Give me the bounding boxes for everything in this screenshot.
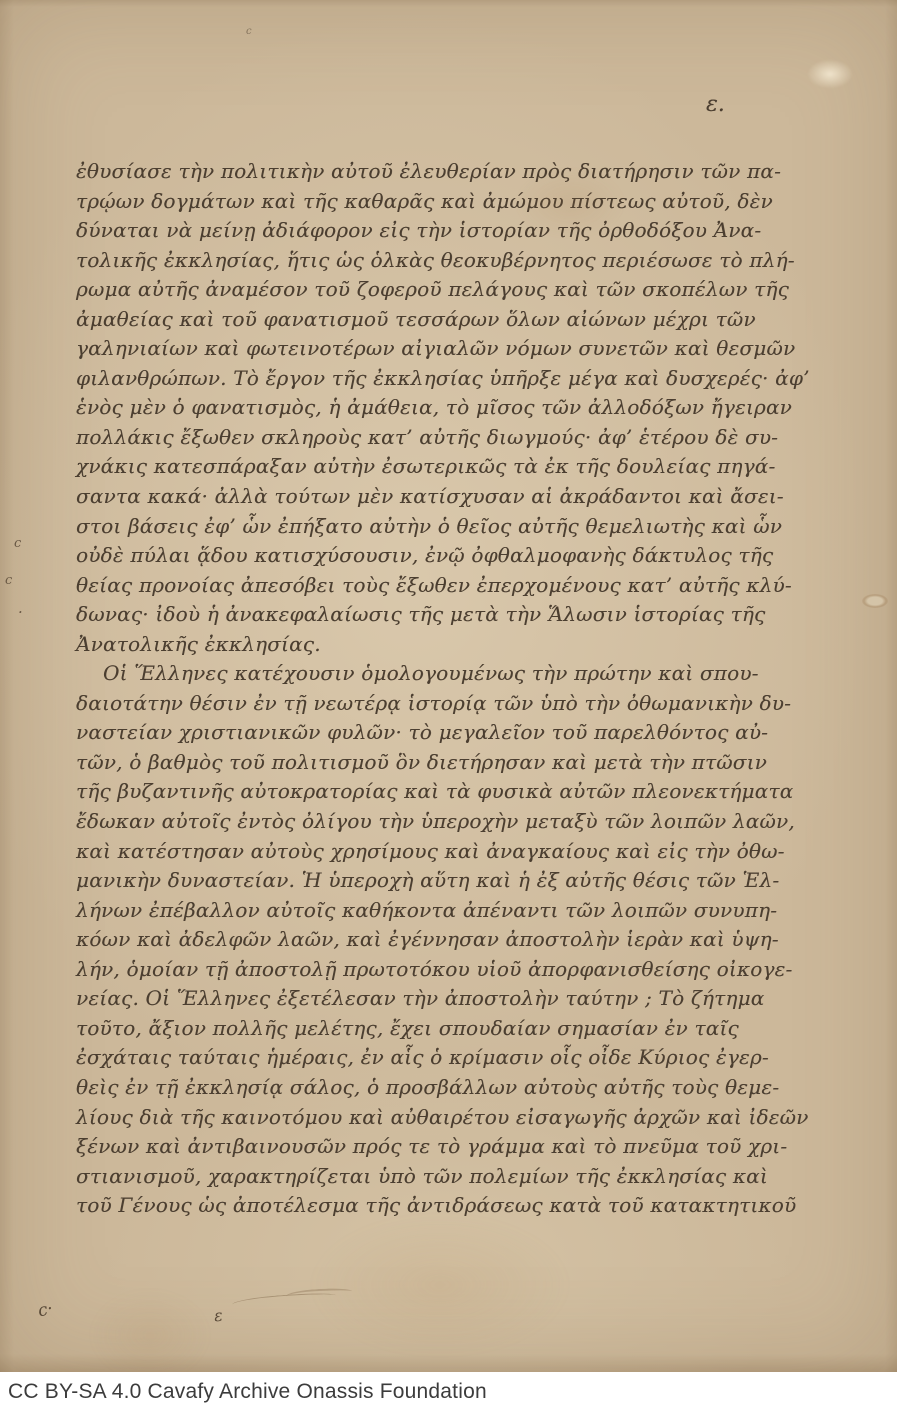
text-line: θεὶς ἐν τῇ ἐκκλησίᾳ σάλος, ὁ προσβάλλων … (76, 1073, 737, 1103)
paper-scan: ε. ἐθυσίασε τὴν πολιτικὴν αὐτοῦ ἐλευθερί… (0, 0, 897, 1372)
text-line: μανικὴν δυναστείαν. Ἡ ὑπεροχὴ αὕτη καὶ ἡ… (76, 866, 737, 896)
text-line: τρῴων δογμάτων καὶ τῆς καθαρᾶς καὶ ἀμώμο… (76, 187, 737, 217)
text-line: ἐσχάταις ταύταις ἡμέραις, ἐν αἷς ὁ κρίμα… (76, 1043, 737, 1073)
text-line: ἐθυσίασε τὴν πολιτικὴν αὐτοῦ ἐλευθερίαν … (76, 157, 737, 187)
paper-flaw-light-spot (808, 60, 852, 88)
body-text: ἐθυσίασε τὴν πολιτικὴν αὐτοῦ ἐλευθερίαν … (76, 157, 737, 1221)
text-line: τῆς βυζαντινῆς αὐτοκρατορίας καὶ τὰ φυσι… (76, 777, 737, 807)
text-line: δωνας· ἰδοὺ ἡ ἀνακεφαλαίωσις τῆς μετὰ τὴ… (76, 600, 737, 630)
pencil-scratch (232, 1291, 336, 1308)
text-line: θείας προνοίας ἀπεσόβει τοὺς ἔξωθεν ἐπερ… (76, 571, 737, 601)
ink-mark: c (14, 536, 21, 551)
text-line: νείας. Οἱ Ἕλληνες ἐξετέλεσαν τὴν ἀποστολ… (76, 984, 737, 1014)
ink-mark: · (18, 603, 23, 621)
text-line: δαιοτάτην θέσιν ἐν τῇ νεωτέρᾳ ἱστορίᾳ τῶ… (76, 689, 737, 719)
page-number: ε. (706, 92, 725, 117)
paper-stain (862, 594, 888, 608)
text-line: Ἀνατολικῆς ἐκκλησίας. (76, 630, 737, 660)
license-text: CC BY-SA 4.0 Cavafy Archive Onassis Foun… (0, 1380, 487, 1404)
text-line: λίους διὰ τῆς καινοτόμου καὶ αὐθαιρέτου … (76, 1103, 737, 1133)
paper-stain (90, 1290, 210, 1380)
text-line: ἀμαθείας καὶ τοῦ φανατισμοῦ τεσσάρων ὅλω… (76, 305, 737, 335)
scanned-book-page: ε. ἐθυσίασε τὴν πολιτικὴν αὐτοῦ ἐλευθερί… (0, 0, 897, 1412)
text-line: λήνων ἐπέβαλλον αὐτοῖς καθήκοντα ἀπέναντ… (76, 896, 737, 926)
text-line: ἑνὸς μὲν ὁ φανατισμὸς, ἡ ἀμάθεια, τὸ μῖσ… (76, 393, 737, 423)
text-line: στοι βάσεις ἐφ’ ὧν ἐπήξατο αὐτὴν ὁ θεῖος… (76, 512, 737, 542)
text-line: πολλάκις ἔξωθεν σκληροὺς κατ’ αὐτῆς διωγ… (76, 423, 737, 453)
ink-mark: ε (213, 1306, 224, 1326)
text-line: ρωμα αὐτῆς ἀναμέσον τοῦ ζοφεροῦ πελάγους… (76, 275, 737, 305)
text-line: κόων καὶ ἀδελφῶν λαῶν, καὶ ἐγέννησαν ἀπο… (76, 925, 737, 955)
text-line: ναστείαν χριστιανικῶν φυλῶν· τὸ μεγαλεῖο… (76, 718, 737, 748)
text-line: φιλανθρώπων. Τὸ ἔργον τῆς ἐκκλησίας ὑπῆρ… (76, 364, 737, 394)
ink-mark: c (246, 26, 252, 37)
text-line: τοῦ Γένους ὡς ἀποτέλεσμα τῆς ἀντιδράσεως… (76, 1191, 737, 1221)
pencil-scratch (286, 1287, 352, 1298)
paper-stain (310, 1215, 570, 1355)
ink-mark: c (5, 573, 12, 588)
text-line: τολικῆς ἐκκλησίας, ἥτις ὡς ὁλκὰς θεοκυβέ… (76, 246, 737, 276)
text-line: οὐδὲ πύλαι ᾅδου κατισχύσουσιν, ἐνῷ ὀφθαλ… (76, 541, 737, 571)
license-bar: CC BY-SA 4.0 Cavafy Archive Onassis Foun… (0, 1372, 897, 1412)
text-line: λήν, ὁμοίαν τῇ ἀποστολῇ πρωτοτόκου υἱοῦ … (76, 955, 737, 985)
ink-mark: c· (36, 1299, 55, 1322)
text-line: σαντα κακά· ἀλλὰ τούτων μὲν κατίσχυσαν α… (76, 482, 737, 512)
text-line: Οἱ Ἕλληνες κατέχουσιν ὁμολογουμένως τὴν … (76, 659, 737, 689)
text-line: στιανισμοῦ, χαρακτηρίζεται ὑπὸ τῶν πολεμ… (76, 1162, 737, 1192)
text-line: χνάκις κατεσπάραξαν αὐτὴν ἐσωτερικῶς τὰ … (76, 452, 737, 482)
text-line: ξένων καὶ ἀντιβαινουσῶν πρός τε τὸ γράμμ… (76, 1132, 737, 1162)
text-line: καὶ κατέστησαν αὐτοὺς χρησίμους καὶ ἀναγ… (76, 837, 737, 867)
text-line: ἔδωκαν αὐτοῖς ἐντὸς ὀλίγου τὴν ὑπεροχὴν … (76, 807, 737, 837)
text-line: τῶν, ὁ βαθμὸς τοῦ πολιτισμοῦ ὃν διετήρησ… (76, 748, 737, 778)
text-line: γαληνιαίων καὶ φωτεινοτέρων αἰγιαλῶν νόμ… (76, 334, 737, 364)
text-line: τοῦτο, ἄξιον πολλῆς μελέτης, ἔχει σπουδα… (76, 1014, 737, 1044)
text-line: δύναται νὰ μείνῃ ἀδιάφορον εἰς τὴν ἱστορ… (76, 216, 737, 246)
